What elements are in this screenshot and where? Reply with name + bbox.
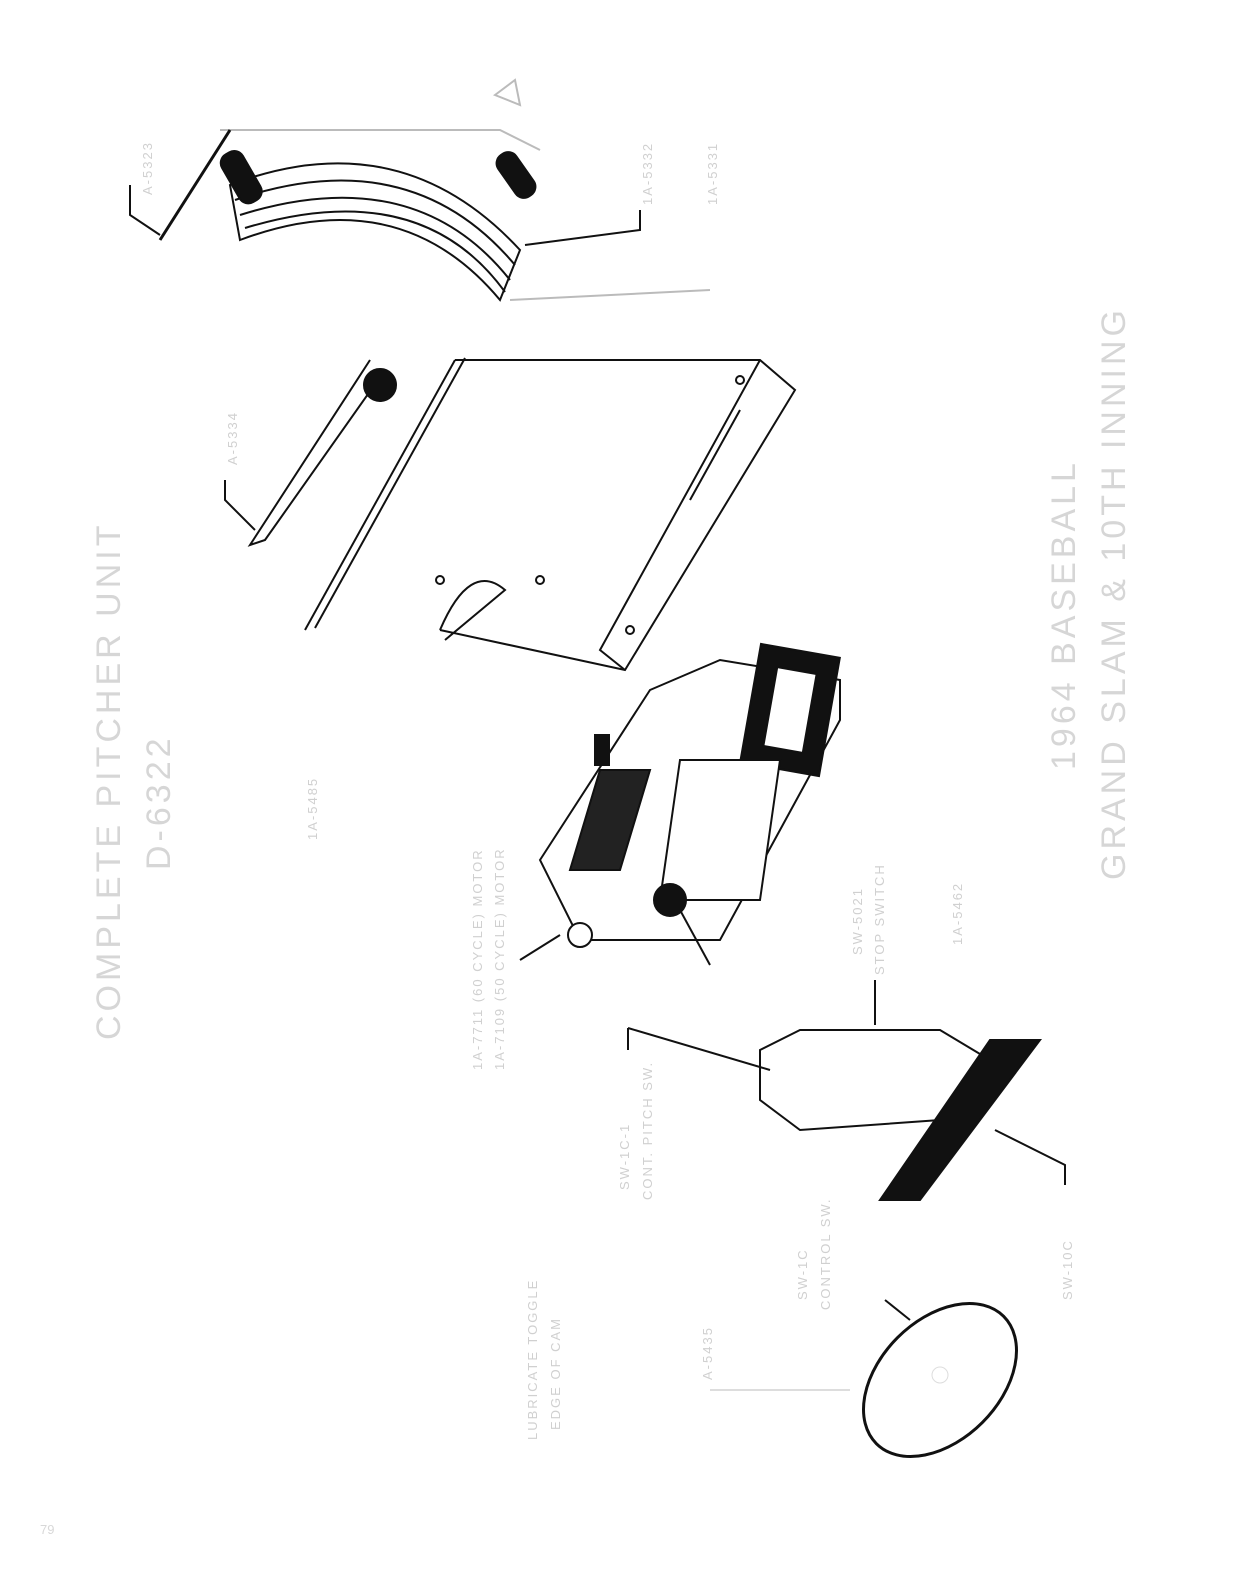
- lubricate-note-2: EDGE OF CAM: [548, 1317, 563, 1430]
- game-title: 1964 BASEBALL: [1045, 459, 1084, 770]
- switch-bracket: [760, 980, 1040, 1200]
- motor-assembly: [540, 644, 840, 965]
- part-label-switch-2: 1A-5462: [950, 882, 965, 945]
- part-label-upper-left: A-5334: [225, 411, 240, 465]
- part-label-mid-left: 1A-5485: [305, 777, 320, 840]
- part-label-motor-60: 1A-7711 (60 CYCLE) MOTOR: [470, 848, 485, 1070]
- exploded-parts-drawing: [0, 0, 1234, 1591]
- part-label-switch-1: SW-5021: [850, 887, 865, 955]
- curved-ramp-assembly: [160, 80, 540, 300]
- part-label-top-right-1: 1A-5332: [640, 142, 655, 205]
- unit-title: COMPLETE PITCHER UNIT: [90, 522, 129, 1040]
- part-label-top-left: A-5323: [140, 141, 155, 195]
- part-label-sw-1c-1: SW-1C-1: [617, 1123, 632, 1190]
- page-number: 79: [40, 1522, 54, 1537]
- cam-disc: [834, 1274, 1046, 1486]
- part-label-sw-1c-desc: CONTROL SW.: [818, 1197, 833, 1310]
- lubricate-note-1: LUBRICATE TOGGLE: [525, 1279, 540, 1440]
- part-label-top-right-2: 1A-5331: [705, 142, 720, 205]
- part-label-cam: A-5435: [700, 1326, 715, 1380]
- unit-number: D-6322: [140, 734, 179, 870]
- part-label-motor-50: 1A-7109 (50 CYCLE) MOTOR: [492, 847, 507, 1070]
- part-label-sw-1c-1-desc: CONT. PITCH SW.: [640, 1061, 655, 1200]
- base-plate: [225, 358, 795, 670]
- part-label-sw-1c: SW-1C: [795, 1248, 810, 1300]
- game-subtitle: GRAND SLAM & 10TH INNING: [1095, 306, 1134, 880]
- part-label-switch-1-desc: STOP SWITCH: [872, 863, 887, 975]
- part-label-bracket: SW-10C: [1060, 1239, 1075, 1300]
